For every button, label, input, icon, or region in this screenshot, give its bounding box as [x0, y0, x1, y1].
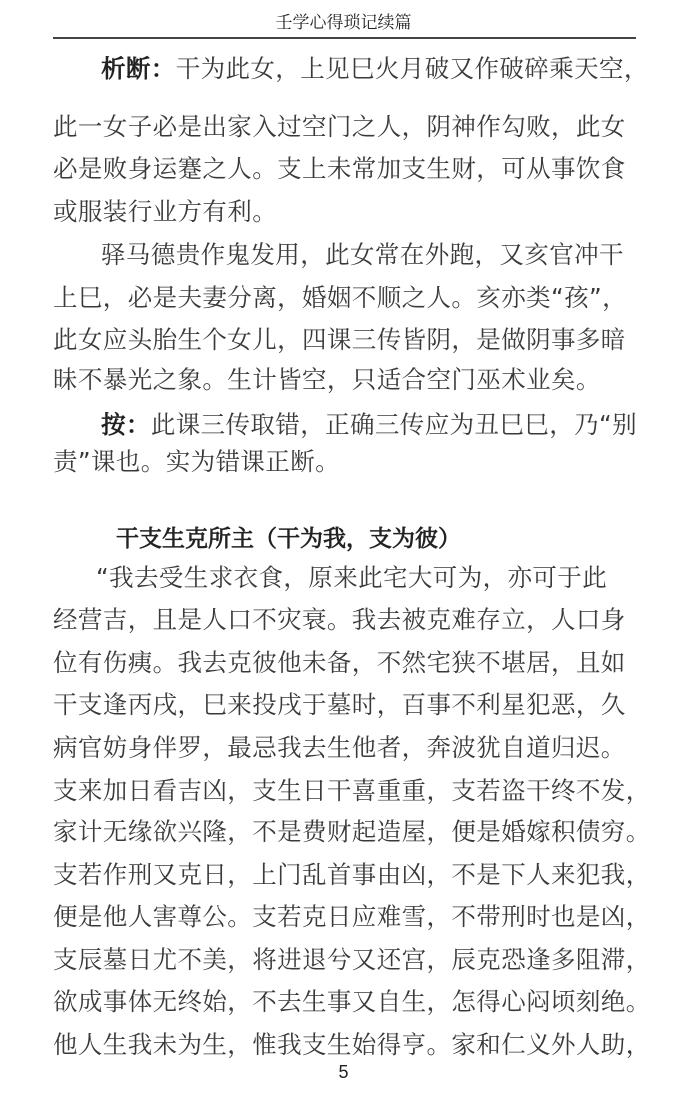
text-line: 昧不暴光之象。生计皆空，只适合空门巫术业矣。: [53, 365, 638, 395]
text-line: “我去受生求衣食，原来此宅大可为，亦可于此: [96, 563, 681, 593]
text-line: 上巳，必是夫妻分离，婚姻不顺之人。亥亦类“孩”，: [53, 283, 638, 313]
text-line: 支若作刑又克日，上门乱首事由凶，不是下人来犯我，: [53, 860, 638, 890]
paragraph-label: 按：: [101, 410, 151, 439]
text-line: 欲成事体无终始，不去生事又自生，怎得心闷顷刻绝。: [53, 987, 638, 1017]
text-line: 驿马德贵作鬼发用，此女常在外跑，又亥官冲干: [101, 240, 686, 270]
text-line: 经营吉，且是人口不灾衰。我去被克难存立，人口身: [53, 605, 638, 635]
text-line: 必是败身运蹇之人。支上未常加支生财，可从事饮食: [53, 154, 638, 184]
text-line: 或服装行业方有利。: [53, 197, 638, 227]
text-line: 便是他人害尊公。支若克日应难雪，不带刑时也是凶，: [53, 902, 638, 932]
text-line: 支来加日看吉凶，支生日干喜重重，支若盗干终不发，: [53, 776, 638, 806]
text-line: 此女应头胎生个女儿，四课三传皆阴，是做阴事多暗: [53, 325, 638, 355]
page-number: 5: [0, 1062, 687, 1083]
running-header: 壬学心得琐记续篇: [0, 8, 687, 33]
section-title: 干支生克所主（干为我，支为彼）: [116, 520, 461, 553]
paragraph-label: 析断：: [101, 54, 176, 83]
text-line: 位有伤痍。我去克彼他未备，不然宅狭不堪居，且如: [53, 648, 638, 678]
text-line: 责”课也。实为错课正断。: [53, 447, 638, 477]
text-line: 干支逢丙戌，巳来投戌于墓时，百事不利星犯恶，久: [53, 690, 638, 720]
text-line: 按：此课三传取错，正确三传应为丑巳巳，乃“别: [101, 410, 686, 440]
text-line: 此一女子必是出家入过空门之人，阴神作勾败，此女: [53, 112, 638, 142]
text-line: 析断：干为此女，上见巳火月破又作破碎乘天空，: [101, 54, 686, 84]
text-line: 支辰墓日尤不美，将进退兮又还宫，辰克恐逢多阻滞，: [53, 945, 638, 975]
text-line: 病官妨身伴罗，最忌我去生他者，奔波犹自道归迟。: [53, 733, 638, 763]
text-line: 他人生我未为生，惟我支生始得亨。家和仁义外人助，: [53, 1030, 638, 1060]
header-divider: [53, 37, 636, 39]
text-line: 家计无缘欲兴隆，不是费财起造屋，便是婚嫁积债穷。: [53, 817, 638, 847]
